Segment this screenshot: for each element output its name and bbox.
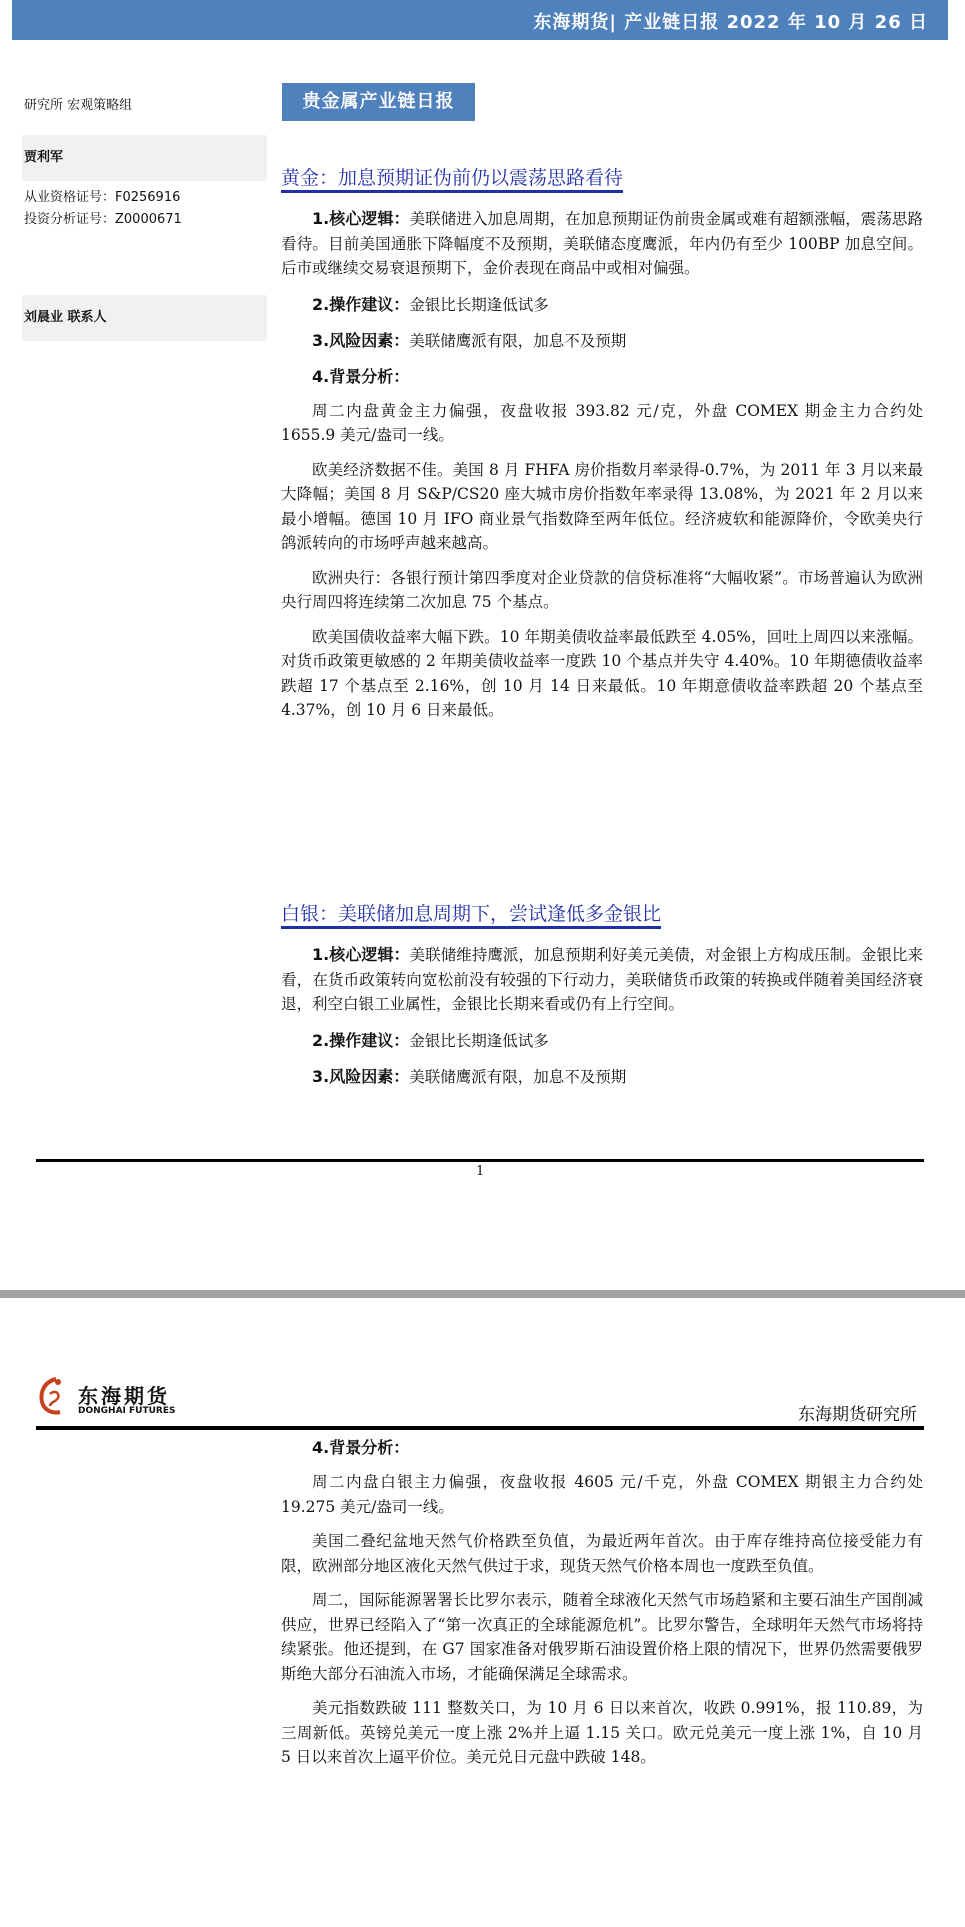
gold-section-title[interactable]: 黄金：加息预期证伪前仍以震荡思路看待: [281, 166, 623, 193]
silver-background-section: 4.背景分析： 周二内盘白银主力偏强，夜盘收报 4605 元/千克，外盘 COM…: [281, 1432, 923, 1770]
silver-bg-paragraph: 美国二叠纪盆地天然气价格跌至负值，为最近两年首次。由于库存维持高位接受能力有限，…: [281, 1529, 923, 1578]
donghai-logo: 东海期货 DONGHAI FUTURES: [38, 1376, 188, 1422]
silver-section-title[interactable]: 白银：美联储加息周期下，尝试逢低多金银比: [281, 902, 661, 929]
qualification-cert: 从业资格证号：F0256916: [24, 186, 180, 205]
gold-bg-paragraph: 欧美国债收益率大幅下跌。10 年期美债收益率最低跌至 4.05%，回吐上周四以来…: [281, 625, 923, 723]
page-separator: [0, 1290, 965, 1298]
institute-name: 东海期货研究所: [798, 1400, 917, 1425]
logo-chinese-name: 东海期货: [78, 1380, 170, 1409]
advice-label: 2.操作建议：: [312, 295, 409, 314]
header-divider: [36, 1426, 924, 1430]
risk-text: 美联储鹰派有限，加息不及预期: [409, 332, 626, 350]
gold-bg-paragraph: 欧美经济数据不佳。美国 8 月 FHFA 房价指数月率录得-0.7%，为 201…: [281, 458, 923, 556]
background-label: 4.背景分析：: [312, 1438, 409, 1457]
footer-divider: [36, 1159, 924, 1162]
advice-text: 金银比长期逢低试多: [409, 1032, 549, 1050]
risk-text: 美联储鹰派有限，加息不及预期: [409, 1068, 626, 1086]
report-banner: 东海期货| 产业链日报 2022 年 10 月 26 日: [12, 0, 948, 40]
advice-text: 金银比长期逢低试多: [409, 296, 549, 314]
gold-risk: 3.风险因素：美联储鹰派有限，加息不及预期: [281, 329, 923, 353]
core-logic-label: 1.核心逻辑：: [312, 945, 410, 964]
report-tag: 贵金属产业链日报: [282, 83, 475, 121]
gold-section: 黄金：加息预期证伪前仍以震荡思路看待 1.核心逻辑：美联储进入加息周期，在加息预…: [281, 166, 923, 723]
gold-advice: 2.操作建议：金银比长期逢低试多: [281, 293, 923, 317]
gold-core-logic: 1.核心逻辑：美联储进入加息周期，在加息预期证伪前贵金属或难有超额涨幅，震荡思路…: [281, 207, 923, 281]
banner-title: 东海期货| 产业链日报 2022 年 10 月 26 日: [533, 8, 928, 34]
silver-section: 白银：美联储加息周期下，尝试逢低多金银比 1.核心逻辑：美联储维持鹰派，加息预期…: [281, 902, 923, 1089]
background-label: 4.背景分析：: [312, 367, 409, 386]
dragon-logo-icon: [38, 1376, 68, 1416]
silver-risk: 3.风险因素：美联储鹰派有限，加息不及预期: [281, 1065, 923, 1089]
investment-cert: 投资分析证号：Z0000671: [24, 208, 182, 227]
silver-bg-paragraph: 周二内盘白银主力偏强，夜盘收报 4605 元/千克，外盘 COMEX 期银主力合…: [281, 1470, 923, 1519]
silver-background-heading: 4.背景分析：: [281, 1436, 923, 1460]
silver-bg-paragraph: 周二，国际能源署署长比罗尔表示，随着全球液化天然气市场趋紧和主要石油生产国削减供…: [281, 1588, 923, 1686]
advice-label: 2.操作建议：: [312, 1031, 409, 1050]
gold-bg-paragraph: 周二内盘黄金主力偏强，夜盘收报 393.82 元/克，外盘 COMEX 期金主力…: [281, 399, 923, 448]
gold-bg-paragraph: 欧洲央行：各银行预计第四季度对企业贷款的信贷标准将“大幅收紧”。市场普遍认为欧洲…: [281, 566, 923, 615]
core-logic-label: 1.核心逻辑：: [312, 209, 410, 228]
risk-label: 3.风险因素：: [312, 1067, 409, 1086]
analyst-name: 贾利军: [22, 135, 267, 181]
contact-person: 刘晨业 联系人: [22, 295, 267, 341]
gold-background-heading: 4.背景分析：: [281, 365, 923, 389]
silver-bg-paragraph: 美元指数跌破 111 整数关口，为 10 月 6 日以来首次，收跌 0.991%…: [281, 1696, 923, 1770]
silver-advice: 2.操作建议：金银比长期逢低试多: [281, 1029, 923, 1053]
risk-label: 3.风险因素：: [312, 331, 409, 350]
silver-core-logic: 1.核心逻辑：美联储维持鹰派，加息预期利好美元美债，对金银上方构成压制。金银比来…: [281, 943, 923, 1017]
page-number: 1: [476, 1164, 484, 1179]
logo-english-name: DONGHAI FUTURES: [78, 1406, 175, 1416]
department-label: 研究所 宏观策略组: [24, 94, 132, 113]
